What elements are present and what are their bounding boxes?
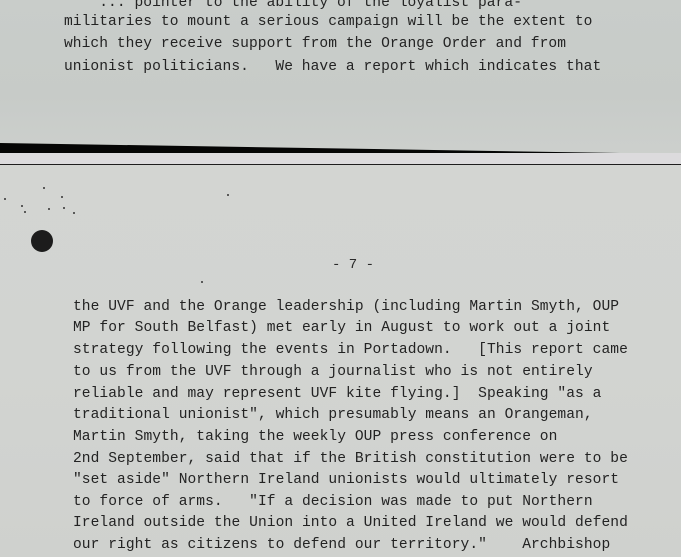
text-line: the UVF and the Orange leadership (inclu… [73, 300, 619, 315]
text-line: 2nd September, said that if the British … [73, 452, 628, 467]
text-line: Martin Smyth, taking the weekly OUP pres… [73, 430, 557, 445]
text-line: reliable and may represent UVF kite flyi… [73, 387, 601, 402]
text-line: to us from the UVF through a journalist … [73, 365, 593, 380]
body-text: the UVF and the Orange leadership (inclu… [0, 0, 681, 557]
text-line: our right as citizens to defend our terr… [73, 538, 610, 553]
document-viewer: ... pointer to the ability of the loyali… [0, 0, 681, 557]
text-line: "set aside" Northern Ireland unionists w… [73, 473, 619, 488]
text-line: strategy following the events in Portado… [73, 343, 628, 358]
text-line: MP for South Belfast) met early in Augus… [73, 321, 610, 336]
text-line: traditional unionist", which presumably … [73, 408, 593, 423]
text-line: to force of arms. "If a decision was mad… [73, 495, 593, 510]
text-line: Ireland outside the Union into a United … [73, 516, 628, 531]
